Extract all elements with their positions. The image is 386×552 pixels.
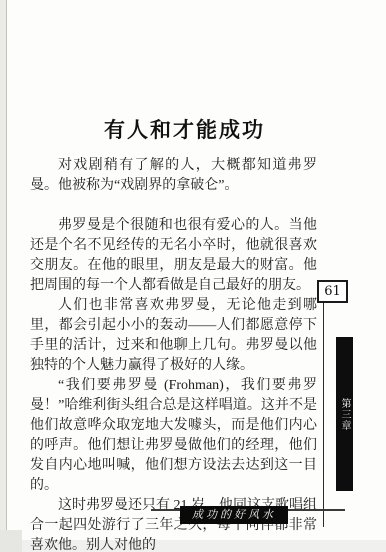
scan-left-edge-line <box>6 0 7 538</box>
body-text-column: 对戏剧稍有了解的人，大概都知道弗罗曼。他被称为“戏剧界的拿破仑”。 弗罗曼是个很… <box>30 156 317 552</box>
paragraph-2: 弗罗曼是个很随和也很有爱心的人。当他还是个名不见经传的无名小卒时，他就很喜欢交朋… <box>30 216 317 296</box>
paragraph-5: 这时弗罗曼还只有 21 岁。他同这支歌唱组合一起四处游行了三年之久，每个同伴都非… <box>30 496 317 552</box>
paragraph-4: “我们要弗罗曼 (Frohman)，我们要弗罗曼！”哈维利街头组合总是这样唱道。… <box>30 376 317 496</box>
page-title: 有人和才能成功 <box>104 114 284 144</box>
chapter-number-label: 第三章 <box>336 398 353 431</box>
scan-bottom-corner <box>0 530 22 552</box>
page-number-badge: 61 <box>317 280 348 303</box>
paragraph-1: 对戏剧稍有了解的人，大概都知道弗罗曼。他被称为“戏剧界的拿破仑”。 <box>30 156 317 196</box>
footer-series-plaque: 成功的好风水 <box>180 506 288 524</box>
chapter-sidebar-banner: 第三章 贵人相助·必成大事 <box>336 337 353 491</box>
chapter-title-label: 贵人相助·必成大事 <box>319 368 336 468</box>
paragraph-3: 人们也非常喜欢弗罗曼，无论他走到哪里，都会引起小小的轰动——人们都愿意停下手里的… <box>30 296 317 376</box>
book-page-scan: 有人和才能成功 对戏剧稍有了解的人，大概都知道弗罗曼。他被称为“戏剧界的拿破仑”… <box>0 0 386 552</box>
